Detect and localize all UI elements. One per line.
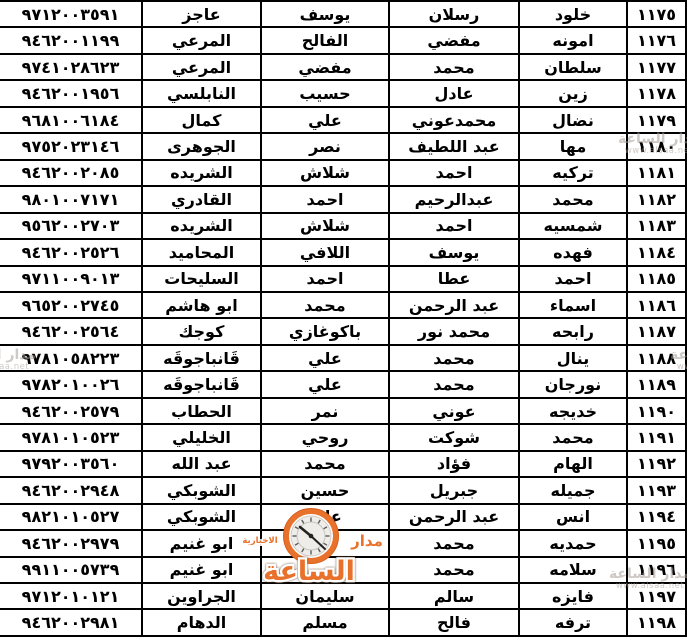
first-name-cell: الهام (519, 451, 627, 477)
first-name-cell: ترفه (519, 609, 627, 636)
father-name-cell: فالح (389, 609, 519, 636)
national-number-cell: ٩٧٨١٠١٠٥٢٣ (0, 424, 142, 450)
table-row: ١١٨٥احمدعطااحمدالسليحات٩٧١١٠٠٩٠١٣ (0, 266, 686, 292)
serial-number-cell: ١١٨٥ (627, 266, 686, 292)
first-name-cell: خلود (519, 1, 627, 27)
father-name-cell: عبدالرحيم (389, 186, 519, 212)
father-name-cell: رسلان (389, 1, 519, 27)
serial-number-cell: ١١٨٧ (627, 318, 686, 344)
father-name-cell: محمد (389, 530, 519, 556)
first-name-cell: رابحه (519, 318, 627, 344)
serial-number-cell: ١١٩٣ (627, 477, 686, 503)
grandfather-name-cell: محمد (261, 451, 389, 477)
table-row: ١١٨١تركيهاحمدشلاشالشريده٩٤٦٢٠٠٢٠٨٥ (0, 160, 686, 186)
father-name-cell: محمد (389, 371, 519, 397)
table-row: ١١٩٤انسعبد الرحمنعليالشوبكي٩٨٢١٠١٠٥٢٧ (0, 504, 686, 530)
national-number-cell: ٩٤٦٢٠٠٢٥٦٤ (0, 318, 142, 344)
family-name-cell: كمال (142, 107, 261, 133)
first-name-cell: امونه (519, 27, 627, 53)
first-name-cell: حمديه (519, 530, 627, 556)
table-row: ١١٧٧سلطانمحمدمفضيالمرعي٩٧٤١٠٢٨٦٢٣ (0, 54, 686, 80)
national-number-cell: ٩٤٦٢٠٠١١٩٩ (0, 27, 142, 53)
national-number-cell: ٩٧٤١٠٢٨٦٢٣ (0, 54, 142, 80)
father-name-cell: عطا (389, 266, 519, 292)
national-number-cell: ٩٧٩٢٠٠٣٥٦٠ (0, 451, 142, 477)
first-name-cell: فهده (519, 239, 627, 265)
father-name-cell: سالم (389, 583, 519, 609)
first-name-cell: احمد (519, 266, 627, 292)
first-name-cell: جميله (519, 477, 627, 503)
grandfather-name-cell: مسلم (261, 609, 389, 636)
table-row: ١١٧٨زينعادلحسيبالنابلسي٩٤٦٢٠٠١٩٥٦ (0, 80, 686, 106)
table-row: ١١٨٣شمسيهاحمدشلاشالشريده٩٥٦٢٠٠٢٧٠٣ (0, 213, 686, 239)
table-row: ١١٨٧رابحهمحمد نورباكوغازيكوجك٩٤٦٢٠٠٢٥٦٤ (0, 318, 686, 344)
family-name-cell: الشوبكي (142, 504, 261, 530)
first-name-cell: محمد (519, 424, 627, 450)
serial-number-cell: ١١٩٤ (627, 504, 686, 530)
grandfather-name-cell: علي (261, 371, 389, 397)
family-name-cell: المحاميد (142, 239, 261, 265)
table-row: ١١٨٦اسماءعبد الرحمنمحمدابو هاشم٩٦٥٢٠٠٢٧٤… (0, 292, 686, 318)
father-name-cell: فؤاد (389, 451, 519, 477)
national-number-cell: ٩٧١٢٠١٠١٢١ (0, 583, 142, 609)
serial-number-cell: ١١٨٠ (627, 133, 686, 159)
grandfather-name-cell: حسين (261, 477, 389, 503)
family-name-cell: السليحات (142, 266, 261, 292)
family-name-cell: الجراوين (142, 583, 261, 609)
first-name-cell: ينال (519, 345, 627, 371)
father-name-cell: محمد (389, 345, 519, 371)
grandfather-name-cell (261, 530, 389, 556)
serial-number-cell: ١١٧٥ (627, 1, 686, 27)
grandfather-name-cell: باكوغازي (261, 318, 389, 344)
table-row: ١١٩٠خديجهعونينمرالحطاب٩٤٦٢٠٠٢٥٧٩ (0, 398, 686, 424)
first-name-cell: زين (519, 80, 627, 106)
first-name-cell: انس (519, 504, 627, 530)
family-name-cell: النابلسي (142, 80, 261, 106)
family-name-cell: قَانباجوقَه (142, 371, 261, 397)
serial-number-cell: ١١٩٧ (627, 583, 686, 609)
grandfather-name-cell: محمد (261, 292, 389, 318)
grandfather-name-cell (261, 557, 389, 583)
grandfather-name-cell: علي (261, 345, 389, 371)
table-row: ١١٨٨ينالمحمدعليقَانباجوقَه٩٧٨١٠٥٨٢٢٣ (0, 345, 686, 371)
grandfather-name-cell: احمد (261, 266, 389, 292)
grandfather-name-cell: سليمان (261, 583, 389, 609)
serial-number-cell: ١١٨٣ (627, 213, 686, 239)
first-name-cell: تركيه (519, 160, 627, 186)
serial-number-cell: ١١٩٢ (627, 451, 686, 477)
grandfather-name-cell: شلاش (261, 213, 389, 239)
national-number-cell: ٩٧٥٢٠٢٣١٤٦ (0, 133, 142, 159)
family-name-cell: ابو هاشم (142, 292, 261, 318)
document-page: ١١٧٥خلودرسلانيوسفعاجز٩٧١٢٠٠٣٥٩١١١٧٦امونه… (0, 0, 687, 637)
family-name-cell: قَانباجوقَه (142, 345, 261, 371)
serial-number-cell: ١١٩٦ (627, 557, 686, 583)
father-name-cell: عوني (389, 398, 519, 424)
first-name-cell: فايزه (519, 583, 627, 609)
first-name-cell: نضال (519, 107, 627, 133)
serial-number-cell: ١١٩١ (627, 424, 686, 450)
first-name-cell: محمد (519, 186, 627, 212)
grandfather-name-cell: اللافي (261, 239, 389, 265)
national-number-cell: ٩٥٦٢٠٠٢٧٠٣ (0, 213, 142, 239)
father-name-cell: عبد اللطيف (389, 133, 519, 159)
father-name-cell: مفضي (389, 27, 519, 53)
serial-number-cell: ١١٩٥ (627, 530, 686, 556)
table-row: ١١٩٨ترفهفالحمسلمالدهام٩٤٦٢٠٠٢٩٨١ (0, 609, 686, 636)
table-row: ١١٨٢محمدعبدالرحيماحمدالقادري٩٨٠١٠٠٧١٧١ (0, 186, 686, 212)
family-name-cell: المرعي (142, 27, 261, 53)
family-name-cell: الشوبكي (142, 477, 261, 503)
father-name-cell: محمد (389, 557, 519, 583)
national-number-cell: ٩٤٦٢٠٠٢٥٢٦ (0, 239, 142, 265)
family-name-cell: القادري (142, 186, 261, 212)
family-name-cell: الشريده (142, 213, 261, 239)
family-name-cell: الدهام (142, 609, 261, 636)
family-name-cell: ابو غنيم (142, 557, 261, 583)
national-number-cell: ٩٤٦٢٠٠٢٩٨١ (0, 609, 142, 636)
serial-number-cell: ١١٧٦ (627, 27, 686, 53)
father-name-cell: محمد (389, 54, 519, 80)
family-name-cell: المرعي (142, 54, 261, 80)
national-number-cell: ٩٧١١٠٠٩٠١٣ (0, 266, 142, 292)
serial-number-cell: ١١٨١ (627, 160, 686, 186)
grandfather-name-cell: يوسف (261, 1, 389, 27)
grandfather-name-cell: روحي (261, 424, 389, 450)
father-name-cell: شوكت (389, 424, 519, 450)
father-name-cell: جبريل (389, 477, 519, 503)
table-row: ١١٧٥خلودرسلانيوسفعاجز٩٧١٢٠٠٣٥٩١ (0, 1, 686, 27)
father-name-cell: عبد الرحمن (389, 504, 519, 530)
serial-number-cell: ١١٧٧ (627, 54, 686, 80)
serial-number-cell: ١١٨٤ (627, 239, 686, 265)
first-name-cell: سلطان (519, 54, 627, 80)
family-name-cell: عاجز (142, 1, 261, 27)
table-row: ١١٧٩نضالمحمدعونيعليكمال٩٦٨١٠٠٦١٨٤ (0, 107, 686, 133)
table-row: ١١٩٣جميلهجبريلحسينالشوبكي٩٤٦٢٠٠٢٩٤٨ (0, 477, 686, 503)
table-row: ١١٩٦سلامهمحمدابو غنيم٩٩١١٠٠٥٧٣٩ (0, 557, 686, 583)
table-row: ١١٨٤فهدهيوسفاللافيالمحاميد٩٤٦٢٠٠٢٥٢٦ (0, 239, 686, 265)
national-number-cell: ٩٦٨١٠٠٦١٨٤ (0, 107, 142, 133)
first-name-cell: اسماء (519, 292, 627, 318)
father-name-cell: عادل (389, 80, 519, 106)
table-row: ١١٩٧فايزهسالمسليمانالجراوين٩٧١٢٠١٠١٢١ (0, 583, 686, 609)
national-number-cell: ٩٨٢١٠١٠٥٢٧ (0, 504, 142, 530)
table-row: ١١٨٠مهاعبد اللطيفنصرالجوهرى٩٧٥٢٠٢٣١٤٦ (0, 133, 686, 159)
grandfather-name-cell: احمد (261, 186, 389, 212)
serial-number-cell: ١١٨٢ (627, 186, 686, 212)
national-number-cell: ٩٤٦٢٠٠١٩٥٦ (0, 80, 142, 106)
grandfather-name-cell: الفالح (261, 27, 389, 53)
serial-number-cell: ١١٩٨ (627, 609, 686, 636)
first-name-cell: شمسيه (519, 213, 627, 239)
father-name-cell: عبد الرحمن (389, 292, 519, 318)
table-row: ١١٩٥حمديهمحمدابو غنيم٩٤٦٢٠٠٢٩٧٩ (0, 530, 686, 556)
family-name-cell: كوجك (142, 318, 261, 344)
serial-number-cell: ١١٧٨ (627, 80, 686, 106)
national-number-cell: ٩٨٠١٠٠٧١٧١ (0, 186, 142, 212)
serial-number-cell: ١١٨٦ (627, 292, 686, 318)
grandfather-name-cell: علي (261, 107, 389, 133)
national-number-cell: ٩٧١٢٠٠٣٥٩١ (0, 1, 142, 27)
father-name-cell: يوسف (389, 239, 519, 265)
family-name-cell: الحطاب (142, 398, 261, 424)
grandfather-name-cell: علي (261, 504, 389, 530)
table-row: ١١٧٦امونهمفضيالفالحالمرعي٩٤٦٢٠٠١١٩٩ (0, 27, 686, 53)
table-row: ١١٩١محمدشوكتروحيالخليلي٩٧٨١٠١٠٥٢٣ (0, 424, 686, 450)
family-name-cell: الشريده (142, 160, 261, 186)
national-number-cell: ٩٧٨١٠٥٨٢٢٣ (0, 345, 142, 371)
grandfather-name-cell: شلاش (261, 160, 389, 186)
names-table: ١١٧٥خلودرسلانيوسفعاجز٩٧١٢٠٠٣٥٩١١١٧٦امونه… (0, 0, 687, 637)
family-name-cell: الجوهرى (142, 133, 261, 159)
national-number-cell: ٩٩١١٠٠٥٧٣٩ (0, 557, 142, 583)
national-number-cell: ٩٤٦٢٠٠٢٩٧٩ (0, 530, 142, 556)
serial-number-cell: ١١٧٩ (627, 107, 686, 133)
father-name-cell: احمد (389, 160, 519, 186)
first-name-cell: سلامه (519, 557, 627, 583)
family-name-cell: ابو غنيم (142, 530, 261, 556)
national-number-cell: ٩٦٥٢٠٠٢٧٤٥ (0, 292, 142, 318)
family-name-cell: الخليلي (142, 424, 261, 450)
father-name-cell: احمد (389, 213, 519, 239)
grandfather-name-cell: حسيب (261, 80, 389, 106)
family-name-cell: عبد الله (142, 451, 261, 477)
national-number-cell: ٩٧٨٢٠١٠٠٢٦ (0, 371, 142, 397)
national-number-cell: ٩٤٦٢٠٠٢٩٤٨ (0, 477, 142, 503)
serial-number-cell: ١١٨٩ (627, 371, 686, 397)
national-number-cell: ٩٤٦٢٠٠٢٥٧٩ (0, 398, 142, 424)
grandfather-name-cell: نصر (261, 133, 389, 159)
serial-number-cell: ١١٨٨ (627, 345, 686, 371)
table-row: ١١٩٢الهامفؤادمحمدعبد الله٩٧٩٢٠٠٣٥٦٠ (0, 451, 686, 477)
table-row: ١١٨٩نورجانمحمدعليقَانباجوقَه٩٧٨٢٠١٠٠٢٦ (0, 371, 686, 397)
father-name-cell: محمد نور (389, 318, 519, 344)
first-name-cell: مها (519, 133, 627, 159)
grandfather-name-cell: مفضي (261, 54, 389, 80)
father-name-cell: محمدعوني (389, 107, 519, 133)
national-number-cell: ٩٤٦٢٠٠٢٠٨٥ (0, 160, 142, 186)
first-name-cell: خديجه (519, 398, 627, 424)
first-name-cell: نورجان (519, 371, 627, 397)
serial-number-cell: ١١٩٠ (627, 398, 686, 424)
grandfather-name-cell: نمر (261, 398, 389, 424)
